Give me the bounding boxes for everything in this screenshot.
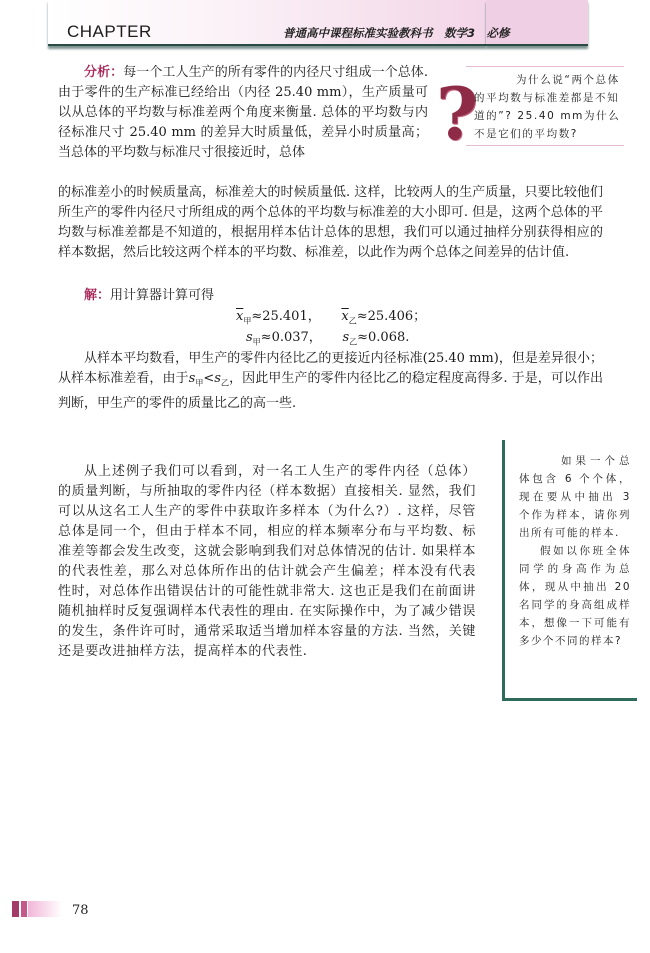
book-title: 普通高中课程标准实验教科书 数学3 必修 — [283, 25, 510, 41]
chapter-label: CHAPTER — [67, 22, 152, 42]
page-tab-marker-secondary — [21, 901, 27, 917]
analysis-label: 分析： — [84, 65, 123, 80]
solution-intro-text: 用计算器计算可得 — [110, 288, 214, 303]
margin-note-question: 为什么说“两个总体的平均数与标准差都是不知道的”? 25.40 mm为什么不是它… — [466, 66, 624, 146]
solution-intro: 解：用计算器计算可得 — [58, 286, 603, 306]
discussion-text: 从上述例子我们可以看到，对一名工人生产的零件内径（总体）的质量判断，与所抽取的零… — [58, 464, 476, 659]
margin-note-2-para-2: 假如以你班全体同学的身高作为总体，现从中抽出 20 名同学的身高组成样本，想像一… — [519, 542, 631, 650]
analysis-paragraph-continued: 的标准差小的时候质量高，标准差大的时候质量低. 这样，比较两人的生产质量，只要比… — [58, 183, 603, 263]
analysis-paragraph: 分析：每一个工人生产的所有零件的内径尺寸组成一个总体. 由于零件的生产标准已经给… — [58, 63, 428, 163]
discussion-paragraph: 从上述例子我们可以看到，对一名工人生产的零件内径（总体）的质量判断，与所抽取的零… — [58, 462, 476, 662]
page-number: 78 — [72, 903, 89, 918]
solution-conclusion: 从样本平均数看，甲生产的零件内径比乙的更接近内径标准(25.40 mm)，但是差… — [58, 349, 603, 414]
page-tab-marker — [12, 901, 19, 917]
analysis-text-2: 的标准差小的时候质量高，标准差大的时候质量低. 这样，比较两人的生产质量，只要比… — [58, 185, 603, 260]
margin-note-2-para-1: 如果一个总体包含 6 个个体，现在要从中抽出 3 个作为样本，请你列出所有可能的… — [519, 452, 631, 542]
solution-label: 解： — [84, 288, 110, 303]
margin-note-1-text: 为什么说“两个总体的平均数与标准差都是不知道的”? 25.40 mm为什么不是它… — [474, 71, 624, 143]
page-tab-fade — [28, 901, 62, 917]
margin-note-exercise: 如果一个总体包含 6 个个体，现在要从中抽出 3 个作为样本，请你列出所有可能的… — [502, 440, 637, 701]
